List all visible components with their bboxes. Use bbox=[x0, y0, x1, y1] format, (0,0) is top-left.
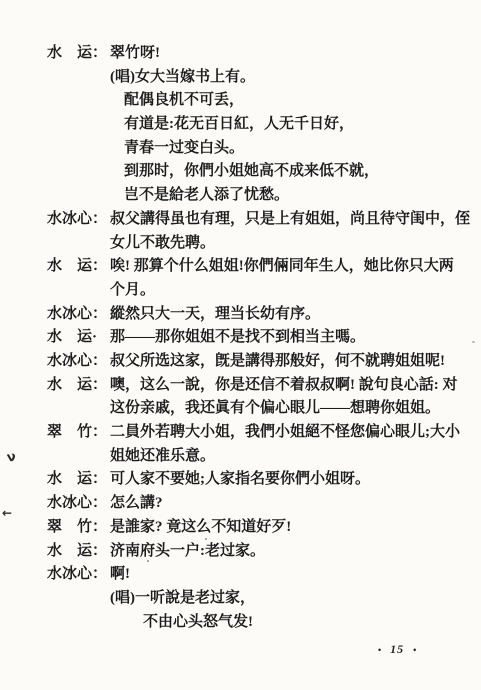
speaker-label: 水 运 bbox=[47, 329, 92, 345]
lyric-line: 岂不是給老人添了忧愁。 bbox=[110, 184, 457, 208]
speaker-name: 水 运： bbox=[47, 42, 110, 66]
margin-pencil-mark: ν bbox=[6, 449, 17, 465]
dialogue-line: 二員外若聘大小姐，我們小姐絕不怪您偏心眼儿;大小 bbox=[110, 421, 460, 445]
speaker-name: 水 运： bbox=[47, 374, 110, 398]
dialogue-lines: 啊! (唱)一听說是老过家， 不由心头怒气发! bbox=[110, 563, 457, 634]
dialogue-lines: 那——那你姐姐不是找不到相当主嗎。 bbox=[110, 326, 457, 350]
dialogue-entry: 水 运： 济南府头一户:老过家。 bbox=[47, 540, 457, 564]
dialogue-lines: 叔父講得虽也有理，只是上有姐姐，尚且待守闺中，侄 女儿不敢先聘。 bbox=[110, 208, 470, 255]
dialogue-line: 唉! 那算个什么姐姐!你們倆同年生人，她比你只大两 bbox=[110, 255, 457, 279]
dialogue-lines: 二員外若聘大小姐，我們小姐絕不怪您偏心眼儿;大小 姐她还准乐意。 bbox=[110, 421, 460, 468]
speaker-label: 水 运 bbox=[47, 543, 92, 559]
page-number-value: 15 bbox=[390, 642, 404, 657]
margin-pencil-mark: ← bbox=[2, 506, 12, 520]
speaker-label: 水冰心 bbox=[47, 353, 92, 369]
dialogue-entry: 水冰心： 啊! (唱)一听說是老过家， 不由心头怒气发! bbox=[47, 563, 457, 634]
scan-speck bbox=[147, 560, 149, 562]
page-number: • 15 • bbox=[378, 642, 416, 657]
dialogue-content: 水 运： 翠竹呀! (唱)女大当嫁书上有。 配偶良机不可丢， 有道是:花无百日紅… bbox=[47, 42, 457, 634]
speaker-label: 水 运 bbox=[47, 45, 92, 61]
speaker-name: 水 运： bbox=[47, 255, 110, 279]
dialogue-line: (唱)一听說是老过家， bbox=[110, 587, 457, 611]
dialogue-lines: 唉! 那算个什么姐姐!你們倆同年生人，她比你只大两 个月。 bbox=[110, 255, 457, 302]
dialogue-line: 叔父講得虽也有理，只是上有姐姐，尚且待守闺中，侄 bbox=[110, 208, 470, 232]
dialogue-lines: 縱然只大一天，理当长幼有序。 bbox=[110, 303, 457, 327]
dialogue-line: 可人家不要她;人家指名要你們小姐呀。 bbox=[110, 468, 457, 492]
lyric-line: 有道是:花无百日紅，人无千日好， bbox=[110, 113, 457, 137]
page-number-dot: • bbox=[413, 645, 416, 655]
speaker-name: 水冰心： bbox=[47, 350, 110, 374]
speaker-label: 水 运 bbox=[47, 258, 92, 274]
speaker-name: 翠 竹： bbox=[47, 516, 110, 540]
dialogue-line: 济南府头一户:老过家。 bbox=[110, 540, 457, 564]
dialogue-lines: 是誰家? 竟这么不知道好歹! bbox=[110, 516, 457, 540]
dialogue-line: 姐她还准乐意。 bbox=[110, 445, 460, 469]
scan-speck bbox=[205, 538, 207, 540]
speaker-name: 水 运： bbox=[47, 468, 110, 492]
speaker-name: 水冰心： bbox=[47, 208, 110, 232]
lyric-line: 到那时，你們小姐她高不成来低不就， bbox=[110, 160, 457, 184]
page-number-dot: • bbox=[378, 645, 381, 655]
dialogue-lines: 济南府头一户:老过家。 bbox=[110, 540, 457, 564]
speaker-label: 翠 竹 bbox=[47, 424, 92, 440]
dialogue-line: 縱然只大一天，理当长幼有序。 bbox=[110, 303, 457, 327]
lyric-line: 配偶良机不可丢， bbox=[110, 89, 457, 113]
speaker-name: 水冰心： bbox=[47, 492, 110, 516]
dialogue-line: 翠竹呀! bbox=[110, 42, 457, 66]
speaker-separator: · bbox=[92, 329, 97, 345]
speaker-name: 翠 竹： bbox=[47, 421, 110, 445]
speaker-separator: ： bbox=[92, 353, 107, 369]
lyric-line: 不由心头怒气发! bbox=[110, 611, 457, 635]
speaker-separator: ： bbox=[92, 424, 107, 440]
dialogue-lines: 可人家不要她;人家指名要你們小姐呀。 bbox=[110, 468, 457, 492]
speaker-label: 水 运 bbox=[47, 471, 92, 487]
dialogue-line: 噢，这么一說，你是还信不着叔叔啊! 說句良心話: 对 bbox=[110, 374, 458, 398]
speaker-separator: ： bbox=[92, 543, 107, 559]
dialogue-line: (唱)女大当嫁书上有。 bbox=[110, 66, 457, 90]
speaker-name: 水 运： bbox=[47, 540, 110, 564]
dialogue-entry: 水冰心： 縱然只大一天，理当长幼有序。 bbox=[47, 303, 457, 327]
dialogue-line: 那——那你姐姐不是找不到相当主嗎。 bbox=[110, 326, 457, 350]
dialogue-line: 个月。 bbox=[110, 279, 457, 303]
dialogue-lines: 叔父所选这家，旣是講得那般好，何不就聘姐姐呢! bbox=[110, 350, 457, 374]
dialogue-entry: 水 运· 那——那你姐姐不是找不到相当主嗎。 bbox=[47, 326, 457, 350]
speaker-separator: ： bbox=[92, 377, 107, 393]
dialogue-entry: 水 运： 翠竹呀! (唱)女大当嫁书上有。 配偶良机不可丢， 有道是:花无百日紅… bbox=[47, 42, 457, 208]
speaker-separator: ： bbox=[92, 495, 107, 511]
dialogue-entry: 翠 竹： 是誰家? 竟这么不知道好歹! bbox=[47, 516, 457, 540]
dialogue-line: 怎么講? bbox=[110, 492, 457, 516]
scan-speck bbox=[472, 341, 475, 343]
speaker-name: 水冰心： bbox=[47, 303, 110, 327]
speaker-separator: ： bbox=[92, 306, 107, 322]
dialogue-entry: 水冰心： 怎么講? bbox=[47, 492, 457, 516]
dialogue-line: 啊! bbox=[110, 563, 457, 587]
dialogue-lines: 翠竹呀! (唱)女大当嫁书上有。 配偶良机不可丢， 有道是:花无百日紅，人无千日… bbox=[110, 42, 457, 208]
dialogue-line: 女儿不敢先聘。 bbox=[110, 232, 470, 256]
scanned-script-page: 水 运： 翠竹呀! (唱)女大当嫁书上有。 配偶良机不可丢， 有道是:花无百日紅… bbox=[0, 0, 481, 690]
speaker-separator: ： bbox=[92, 258, 107, 274]
dialogue-line: 这份亲戚，我还眞有个偏心眼儿——想聘你姐姐。 bbox=[110, 397, 458, 421]
speaker-separator: ： bbox=[92, 566, 107, 582]
dialogue-entry: 水 运： 唉! 那算个什么姐姐!你們倆同年生人，她比你只大两 个月。 bbox=[47, 255, 457, 302]
dialogue-lines: 怎么講? bbox=[110, 492, 457, 516]
speaker-separator: ： bbox=[92, 471, 107, 487]
speaker-separator: ： bbox=[92, 211, 107, 227]
dialogue-entry: 水 运： 噢，这么一說，你是还信不着叔叔啊! 說句良心話: 对 这份亲戚，我还眞… bbox=[47, 374, 457, 421]
speaker-separator: ： bbox=[92, 519, 107, 535]
speaker-label: 水冰心 bbox=[47, 495, 92, 511]
lyric-line: 青春一过变白头。 bbox=[110, 137, 457, 161]
speaker-separator: ： bbox=[92, 45, 107, 61]
dialogue-line: 叔父所选这家，旣是講得那般好，何不就聘姐姐呢! bbox=[110, 350, 457, 374]
speaker-label: 水 运 bbox=[47, 377, 92, 393]
dialogue-entry: 水冰心： 叔父所选这家，旣是講得那般好，何不就聘姐姐呢! bbox=[47, 350, 457, 374]
dialogue-entry: 水 运： 可人家不要她;人家指名要你們小姐呀。 bbox=[47, 468, 457, 492]
dialogue-entry: 翠 竹： 二員外若聘大小姐，我們小姐絕不怪您偏心眼儿;大小 姐她还准乐意。 bbox=[47, 421, 457, 468]
speaker-label: 水冰心 bbox=[47, 566, 92, 582]
dialogue-lines: 噢，这么一說，你是还信不着叔叔啊! 說句良心話: 对 这份亲戚，我还眞有个偏心眼… bbox=[110, 374, 458, 421]
speaker-name: 水 运· bbox=[47, 326, 110, 350]
speaker-name: 水冰心： bbox=[47, 563, 110, 587]
speaker-label: 水冰心 bbox=[47, 306, 92, 322]
dialogue-entry: 水冰心： 叔父講得虽也有理，只是上有姐姐，尚且待守闺中，侄 女儿不敢先聘。 bbox=[47, 208, 457, 255]
speaker-label: 翠 竹 bbox=[47, 519, 92, 535]
dialogue-line: 是誰家? 竟这么不知道好歹! bbox=[110, 516, 457, 540]
speaker-label: 水冰心 bbox=[47, 211, 92, 227]
